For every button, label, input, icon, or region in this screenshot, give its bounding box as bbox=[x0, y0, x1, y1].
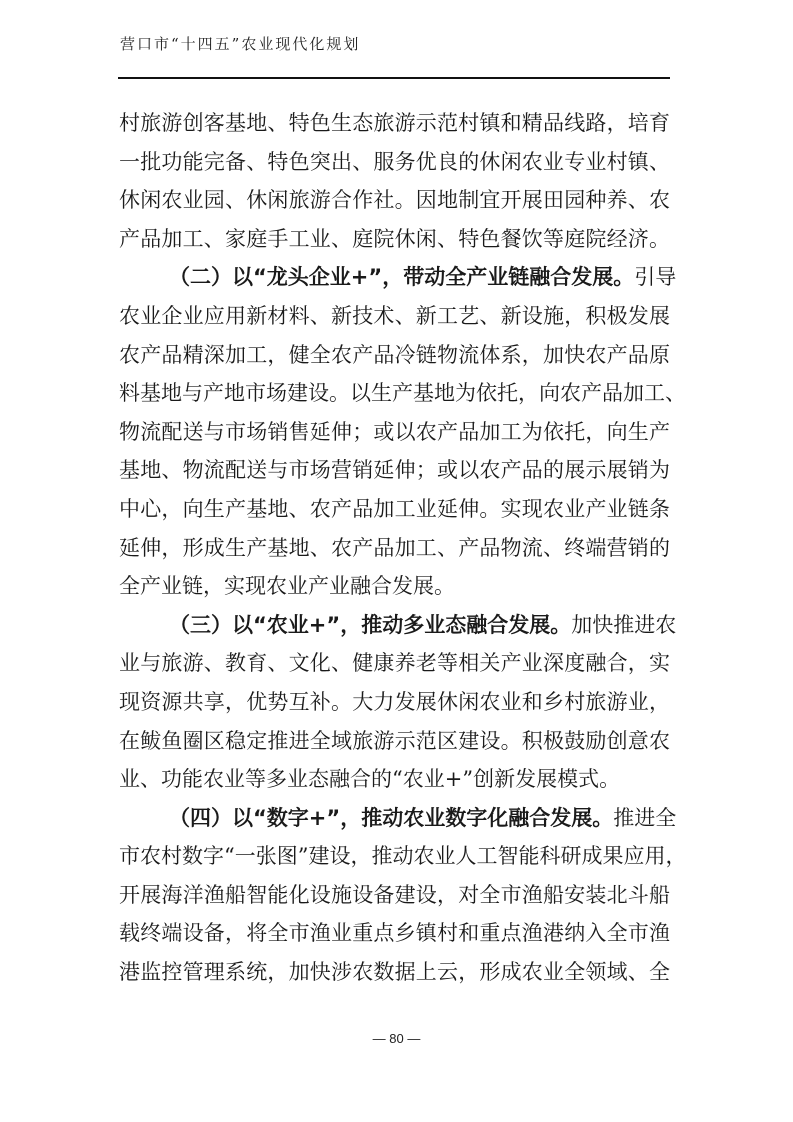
text-line: 料基地与产地市场建设。以生产基地为依托，向农产品加工、 bbox=[119, 378, 670, 417]
body-text: 村旅游创客基地、特色生态旅游示范村镇和精品线路，培育 一批功能完备、特色突出、服… bbox=[119, 108, 670, 996]
text-line: 中心，向生产基地、农产品加工业延伸。实现农业产业链条 bbox=[119, 494, 670, 533]
text-run: 推进全 bbox=[613, 806, 676, 830]
text-run: 加快推进农 bbox=[571, 613, 676, 637]
section-heading-line: （三）以“农业+”，推动多业态融合发展。加快推进农 bbox=[119, 610, 670, 649]
text-line: 基地、物流配送与市场营销延伸；或以农产品的展示展销为 bbox=[119, 455, 670, 494]
text-line: 农产品精深加工，健全农产品冷链物流体系，加快农产品原 bbox=[119, 340, 670, 379]
text-line: 农业企业应用新材料、新技术、新工艺、新设施，积极发展 bbox=[119, 301, 670, 340]
document-title: 营口市“十四五”农业现代化规划 bbox=[120, 34, 670, 54]
text-line: 港监控管理系统，加快涉农数据上云，形成农业全领域、全 bbox=[119, 957, 670, 996]
text-line: 现资源共享，优势互补。大力发展休闲农业和乡村旅游业， bbox=[119, 687, 670, 726]
text-line: 业与旅游、教育、文化、健康养老等相关产业深度融合，实 bbox=[119, 648, 670, 687]
text-line: 一批功能完备、特色突出、服务优良的休闲农业专业村镇、 bbox=[119, 147, 670, 186]
text-line: 休闲农业园、休闲旅游合作社。因地制宜开展田园种养、农 bbox=[119, 185, 670, 224]
section-heading: （三）以“农业+”，推动多业态融合发展。 bbox=[169, 613, 571, 637]
section-heading-line: （四）以“数字+”，推动农业数字化融合发展。推进全 bbox=[119, 803, 670, 842]
text-run: 引导 bbox=[634, 265, 676, 289]
text-line: 开展海洋渔船智能化设施设备建设，对全市渔船安装北斗船 bbox=[119, 880, 670, 919]
text-line: 全产业链，实现农业产业融合发展。 bbox=[119, 571, 670, 610]
page-number: — 80 — bbox=[0, 1031, 793, 1046]
page-header: 营口市“十四五”农业现代化规划 bbox=[120, 34, 670, 54]
header-divider bbox=[118, 77, 670, 79]
text-line: 业、功能农业等多业态融合的“农业+”创新发展模式。 bbox=[119, 764, 670, 803]
section-heading: （二）以“龙头企业+”，带动全产业链融合发展。 bbox=[169, 265, 634, 289]
text-line: 产品加工、家庭手工业、庭院休闲、特色餐饮等庭院经济。 bbox=[119, 224, 670, 263]
text-line: 村旅游创客基地、特色生态旅游示范村镇和精品线路，培育 bbox=[119, 108, 670, 147]
text-line: 载终端设备，将全市渔业重点乡镇村和重点渔港纳入全市渔 bbox=[119, 918, 670, 957]
text-line: 延伸，形成生产基地、农产品加工、产品物流、终端营销的 bbox=[119, 533, 670, 572]
text-line: 物流配送与市场销售延伸；或以农产品加工为依托，向生产 bbox=[119, 417, 670, 456]
section-heading: （四）以“数字+”，推动农业数字化融合发展。 bbox=[169, 806, 613, 830]
text-line: 市农村数字“一张图”建设，推动农业人工智能科研成果应用， bbox=[119, 841, 670, 880]
section-heading-line: （二）以“龙头企业+”，带动全产业链融合发展。引导 bbox=[119, 262, 670, 301]
text-line: 在鲅鱼圈区稳定推进全域旅游示范区建设。积极鼓励创意农 bbox=[119, 726, 670, 765]
